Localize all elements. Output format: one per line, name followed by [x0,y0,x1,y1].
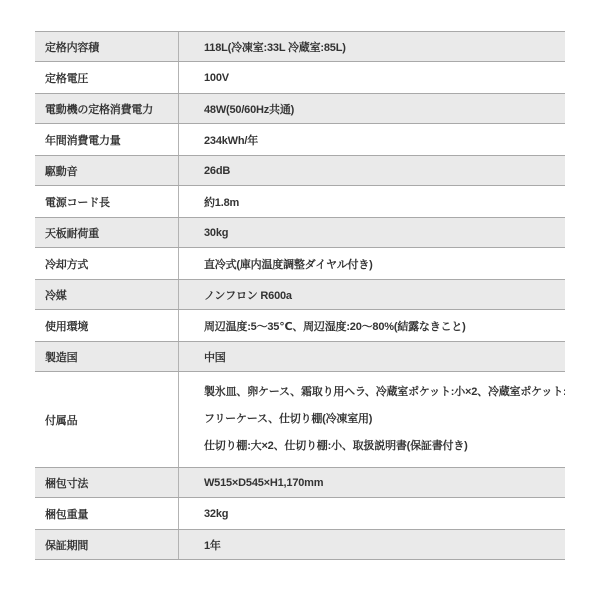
spec-value-line: 製氷皿、卵ケース、霜取り用ヘラ、冷蔵室ポケット:小×2、冷蔵室ポケット:大 [204,387,565,398]
spec-label: 製造国 [35,342,178,371]
spec-value: 32kg [178,498,565,529]
spec-value: 中国 [178,342,565,371]
spec-row: 電源コード長約1.8m [35,186,565,217]
spec-value: W515×D545×H1,170mm [178,468,565,497]
spec-value-line: フリーケース、仕切り棚(冷凍室用) [204,414,372,425]
spec-label: 電動機の定格消費電力 [35,94,178,123]
spec-value: 118L(冷凍室:33L 冷蔵室:85L) [178,32,565,61]
spec-label: 定格電圧 [35,62,178,93]
spec-label: 冷却方式 [35,248,178,279]
spec-row: 保証期間1年 [35,529,565,560]
spec-label: 梱包寸法 [35,468,178,497]
spec-value: 周辺温度:5〜35℃、周辺湿度:20〜80%(結露なきこと) [178,310,565,341]
spec-row: 駆動音26dB [35,155,565,186]
spec-value: 48W(50/60Hz共通) [178,94,565,123]
spec-row: 天板耐荷重30kg [35,217,565,248]
spec-page: 定格内容積118L(冷凍室:33L 冷蔵室:85L)定格電圧100V電動機の定格… [0,0,600,600]
spec-label: 天板耐荷重 [35,218,178,247]
spec-value: 100V [178,62,565,93]
spec-row: 定格内容積118L(冷凍室:33L 冷蔵室:85L) [35,31,565,62]
spec-label: 使用環境 [35,310,178,341]
spec-row: 使用環境周辺温度:5〜35℃、周辺湿度:20〜80%(結露なきこと) [35,310,565,341]
spec-label: 付属品 [35,372,178,467]
spec-row: 年間消費電力量234kWh/年 [35,124,565,155]
spec-row: 梱包寸法W515×D545×H1,170mm [35,467,565,498]
spec-label: 冷媒 [35,280,178,309]
spec-row: 製造国中国 [35,341,565,372]
spec-table: 定格内容積118L(冷凍室:33L 冷蔵室:85L)定格電圧100V電動機の定格… [35,31,565,560]
spec-row: 付属品製氷皿、卵ケース、霜取り用ヘラ、冷蔵室ポケット:小×2、冷蔵室ポケット:大… [35,372,565,467]
spec-label: 保証期間 [35,530,178,559]
spec-row: 冷媒ノンフロン R600a [35,279,565,310]
spec-value: 26dB [178,156,565,185]
spec-value: 直冷式(庫内温度調整ダイヤル付き) [178,248,565,279]
spec-value: 製氷皿、卵ケース、霜取り用ヘラ、冷蔵室ポケット:小×2、冷蔵室ポケット:大フリー… [178,372,565,467]
spec-value-line: 仕切り棚:大×2、仕切り棚:小、取扱説明書(保証書付き) [204,441,468,452]
spec-value: 234kWh/年 [178,124,565,155]
spec-label: 年間消費電力量 [35,124,178,155]
spec-value: 約1.8m [178,186,565,217]
spec-value: ノンフロン R600a [178,280,565,309]
spec-row: 定格電圧100V [35,62,565,93]
spec-label: 駆動音 [35,156,178,185]
spec-label: 定格内容積 [35,32,178,61]
spec-value: 30kg [178,218,565,247]
spec-row: 電動機の定格消費電力48W(50/60Hz共通) [35,93,565,124]
spec-row: 梱包重量32kg [35,498,565,529]
spec-label: 電源コード長 [35,186,178,217]
spec-label: 梱包重量 [35,498,178,529]
spec-row: 冷却方式直冷式(庫内温度調整ダイヤル付き) [35,248,565,279]
spec-value: 1年 [178,530,565,559]
